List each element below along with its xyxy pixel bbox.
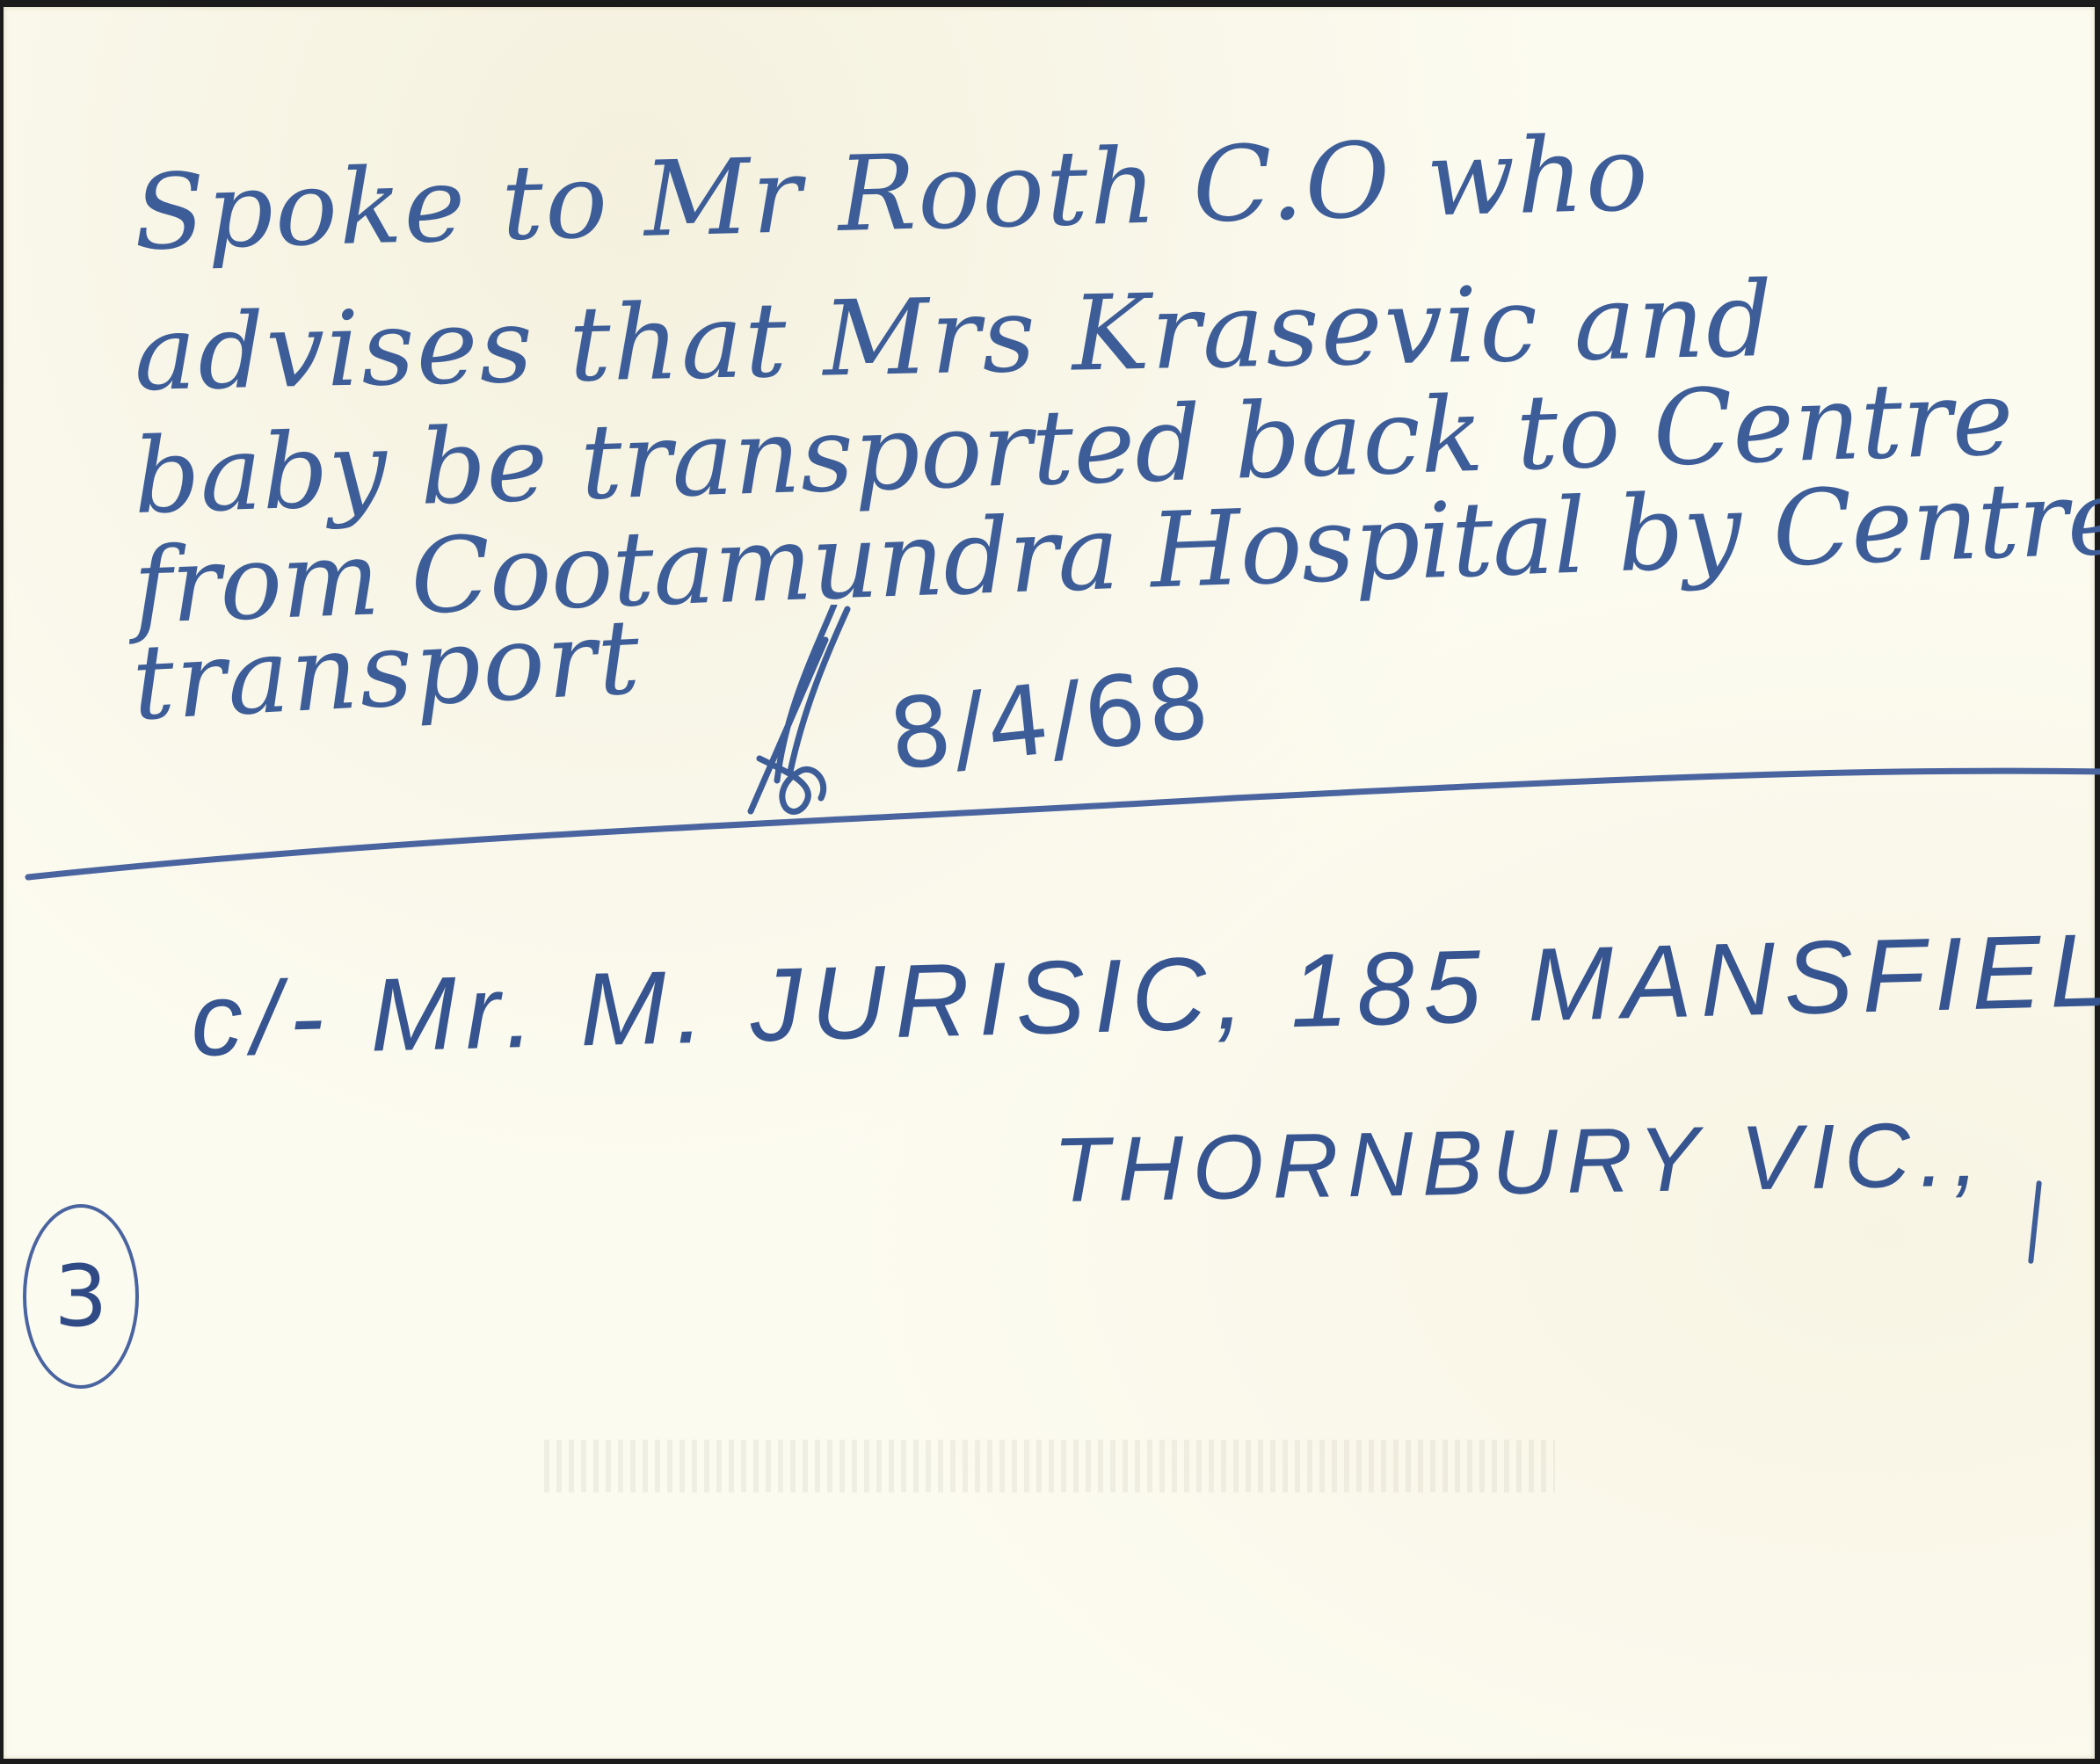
note-date: 8/4/68 xyxy=(884,646,1216,792)
document-card: Spoke to Mr Rooth C.O who advises that M… xyxy=(4,7,2095,1759)
margin-stroke xyxy=(2028,1180,2042,1264)
initials-signature-icon xyxy=(724,605,883,824)
page-marker-number: 3 xyxy=(54,1247,107,1346)
address-line-2: THORNBURY VIC., xyxy=(1052,1102,1988,1223)
note-line-1: Spoke to Mr Rooth C.O who xyxy=(133,121,1651,265)
address-line-1: c/- Mr. M. JURISIC, 185 MANSFIELD ST., xyxy=(189,902,2100,1080)
note-line-5: transport xyxy=(130,605,644,735)
page-marker: 3 xyxy=(23,1204,139,1389)
divider-line xyxy=(4,7,2100,1764)
reverse-side-showthrough xyxy=(544,1440,1555,1492)
